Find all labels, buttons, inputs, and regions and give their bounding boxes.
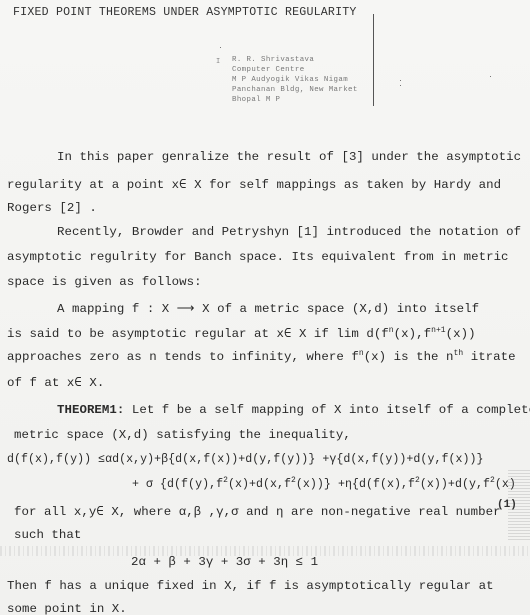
conclusion-line-2: some point in X. xyxy=(7,602,127,615)
constraint-inequality: 2α + β + 3γ + 3σ + 3η ≤ 1 xyxy=(131,555,318,569)
inequality-line-2: + σ {d(f(y),f2(x)+d(x,f2(x))} +η{d(f(x),… xyxy=(132,478,516,491)
definition-text: itrate xyxy=(463,350,515,364)
background-line-3: space is given as follows: xyxy=(7,275,202,289)
definition-text: (x) is the n xyxy=(364,350,454,364)
definition-text: approaches zero as n tends to infinity, … xyxy=(7,350,359,364)
inequality-text: (x))+d(y,f xyxy=(420,478,490,491)
author-affiliation: Computer Centre xyxy=(232,66,305,74)
mapping-arrow-icon: ⟶ xyxy=(177,300,195,315)
definition-line-2: is said to be asymptotic regular at x∈ X… xyxy=(7,325,476,341)
definition-text: (x)) xyxy=(446,327,476,341)
definition-text: X of a metric space (X,d) into itself xyxy=(202,302,479,316)
theorem-text: Let f be a self mapping of X into itself… xyxy=(124,403,530,417)
condition-line-1: for all x,y∈ X, where α,β ,γ,σ and η are… xyxy=(14,503,501,519)
definition-line-4: of f at x∈ X. xyxy=(7,374,104,390)
margin-line xyxy=(373,14,374,106)
definition-text: (x),f xyxy=(394,327,431,341)
theorem-line-1: THEOREM1: Let f be a self mapping of X i… xyxy=(57,403,530,417)
definition-line-3: approaches zero as n tends to infinity, … xyxy=(7,350,516,364)
definition-text: A mapping f : X xyxy=(57,302,169,316)
author-city: Bhopal M P xyxy=(232,96,280,104)
superscript: n+1 xyxy=(431,326,446,335)
author-name: R. R. Shrivastava xyxy=(232,56,314,64)
definition-line-1: A mapping f : X ⟶ X of a metric space (X… xyxy=(57,300,479,316)
author-organization: M P Audyogik Vikas Nigam xyxy=(232,76,348,84)
author-block-marker: I xyxy=(216,58,220,66)
inequality-line-1: d(f(x),f(y)) ≤αd(x,y)+β{d(x,f(x))+d(y,f(… xyxy=(7,453,484,466)
author-address: Panchanan Bldg, New Market xyxy=(232,86,358,94)
condition-line-2: such that xyxy=(14,528,81,542)
intro-line-1: In this paper genralize the result of [3… xyxy=(57,150,521,164)
inequality-text: + σ {d(f(y),f xyxy=(132,478,223,491)
theorem-line-2: metric space (X,d) satisfying the inequa… xyxy=(14,428,351,442)
superscript: th xyxy=(454,349,464,358)
paper-title: FIXED POINT THEOREMS UNDER ASYMPTOTIC RE… xyxy=(13,6,357,19)
definition-text: is said to be asymptotic regular at x∈ X… xyxy=(7,327,389,341)
inequality-text: (x))} +η{d(f(x),f xyxy=(296,478,415,491)
intro-line-3: Rogers [2] . xyxy=(7,201,97,215)
scanned-page: FIXED POINT THEOREMS UNDER ASYMPTOTIC RE… xyxy=(0,0,530,615)
inequality-text: (x)+d(x,f xyxy=(228,478,291,491)
theorem-label: THEOREM1: xyxy=(57,403,124,417)
intro-line-2: regularity at a point x∈ X for self mapp… xyxy=(7,176,501,192)
background-line-1: Recently, Browder and Petryshyn [1] intr… xyxy=(57,225,521,239)
conclusion-line-1: Then f has a unique fixed in X, if f is … xyxy=(7,579,494,593)
background-line-2: asymptotic regulrity for Banch space. It… xyxy=(7,250,509,264)
